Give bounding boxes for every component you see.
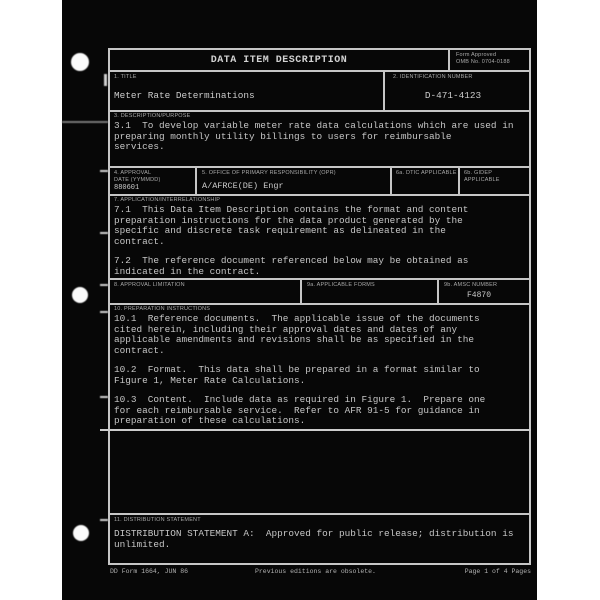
- scan-artifact-line: [62, 121, 108, 123]
- scanned-document-viewport: DATA ITEM DESCRIPTION Form Approved OMB …: [0, 0, 600, 600]
- block9a-label: 9a. APPLICABLE FORMS: [307, 282, 437, 289]
- block6a-dtic-cell: 6a. DTIC APPLICABLE: [390, 168, 458, 194]
- block7-label: 7. APPLICATION/INTERRELATIONSHIP: [114, 197, 529, 204]
- block8-label: 8. APPROVAL LIMITATION: [114, 282, 300, 289]
- block10-paragraph-2: 10.2 Format. This data shall be prepared…: [114, 365, 529, 386]
- block6a-label: 6a. DTIC APPLICABLE: [396, 170, 458, 177]
- footer-form-number: DD Form 1664, JUN 86: [110, 568, 188, 575]
- footer-editions-note: Previous editions are obsolete.: [255, 568, 376, 575]
- block10-label: 10. PREPARATION INSTRUCTIONS: [114, 306, 529, 313]
- block9b-label: 9b. AMSC NUMBER: [444, 282, 529, 289]
- block5-label: 5. OFFICE OF PRIMARY RESPONSIBILITY (OPR…: [202, 170, 390, 177]
- scan-tick: [104, 74, 107, 86]
- block11-distribution-cell: 11. DISTRIBUTION STATEMENT DISTRIBUTION …: [110, 515, 529, 563]
- block4-label-line2: DATE (YYMMDD): [114, 177, 195, 184]
- block10-paragraph-3: 10.3 Content. Include data as required i…: [114, 395, 529, 427]
- dd-form-1664: DATA ITEM DESCRIPTION Form Approved OMB …: [108, 48, 531, 565]
- scan-tick: [100, 284, 108, 286]
- scan-tick: [100, 396, 108, 398]
- block2-label: 2. IDENTIFICATION NUMBER: [393, 74, 529, 81]
- block10-paragraph-1: 10.1 Reference documents. The applicable…: [114, 314, 529, 356]
- block2-id-cell: 2. IDENTIFICATION NUMBER D-471-4123: [383, 72, 529, 110]
- scan-tick: [100, 170, 108, 172]
- punch-hole-top: [71, 53, 89, 71]
- punch-hole-middle: [72, 287, 88, 303]
- block1-value: Meter Rate Determinations: [114, 90, 383, 101]
- block8-approval-limitation-cell: 8. APPROVAL LIMITATION: [110, 280, 300, 303]
- block6b-gidep-cell: 6b. GIDEP APPLICABLE: [458, 168, 529, 194]
- block6b-label: 6b. GIDEP APPLICABLE: [464, 170, 529, 184]
- punch-hole-bottom: [73, 525, 89, 541]
- block3-label: 3. DESCRIPTION/PURPOSE: [114, 113, 529, 120]
- form-approved-box: Form Approved OMB No. 0704-0188: [448, 50, 529, 70]
- opr-row: 4. APPROVAL DATE (YYMMDD) 880601 5. OFFI…: [110, 168, 529, 196]
- block5-value: A/AFRCE(DE) Engr: [202, 181, 390, 191]
- block1-label: 1. TITLE: [114, 74, 383, 81]
- form-approved-line1: Form Approved: [456, 52, 529, 59]
- continuation-rule: [100, 429, 531, 431]
- title-id-row: 1. TITLE Meter Rate Determinations 2. ID…: [110, 72, 529, 112]
- block2-value: D-471-4123: [393, 90, 513, 101]
- block5-opr-cell: 5. OFFICE OF PRIMARY RESPONSIBILITY (OPR…: [195, 168, 390, 194]
- block7-application-cell: 7. APPLICATION/INTERRELATIONSHIP 7.1 Thi…: [110, 196, 529, 280]
- scan-tick: [100, 519, 108, 521]
- block9b-amsc-cell: 9b. AMSC NUMBER F4870: [437, 280, 529, 303]
- block1-title-cell: 1. TITLE Meter Rate Determinations: [110, 72, 383, 110]
- block10-preparation-cell: 10. PREPARATION INSTRUCTIONS 10.1 Refere…: [110, 305, 529, 515]
- block9a-applicable-forms-cell: 9a. APPLICABLE FORMS: [300, 280, 437, 303]
- block3-description-cell: 3. DESCRIPTION/PURPOSE 3.1 To develop va…: [110, 112, 529, 168]
- block7-paragraph-1: 7.1 This Data Item Description contains …: [114, 205, 529, 247]
- scan-tick: [100, 232, 108, 234]
- block11-text: DISTRIBUTION STATEMENT A: Approved for p…: [114, 529, 529, 550]
- block7-paragraph-2: 7.2 The reference document referenced be…: [114, 256, 529, 277]
- block4-value: 880601: [114, 184, 195, 192]
- block3-paragraph: 3.1 To develop variable meter rate data …: [114, 121, 529, 153]
- forms-amsc-row: 8. APPROVAL LIMITATION 9a. APPLICABLE FO…: [110, 280, 529, 305]
- form-approved-line2: OMB No. 0704-0188: [456, 59, 529, 66]
- block4-approval-date-cell: 4. APPROVAL DATE (YYMMDD) 880601: [110, 168, 195, 194]
- form-title: DATA ITEM DESCRIPTION: [110, 50, 448, 71]
- footer-page-count: Page 1 of 4 Pages: [455, 568, 531, 575]
- block4-label-line1: 4. APPROVAL: [114, 170, 195, 177]
- block9b-value: F4870: [444, 291, 514, 300]
- scan-tick: [100, 311, 108, 313]
- block11-label: 11. DISTRIBUTION STATEMENT: [114, 517, 529, 524]
- form-header-row: DATA ITEM DESCRIPTION Form Approved OMB …: [110, 50, 529, 72]
